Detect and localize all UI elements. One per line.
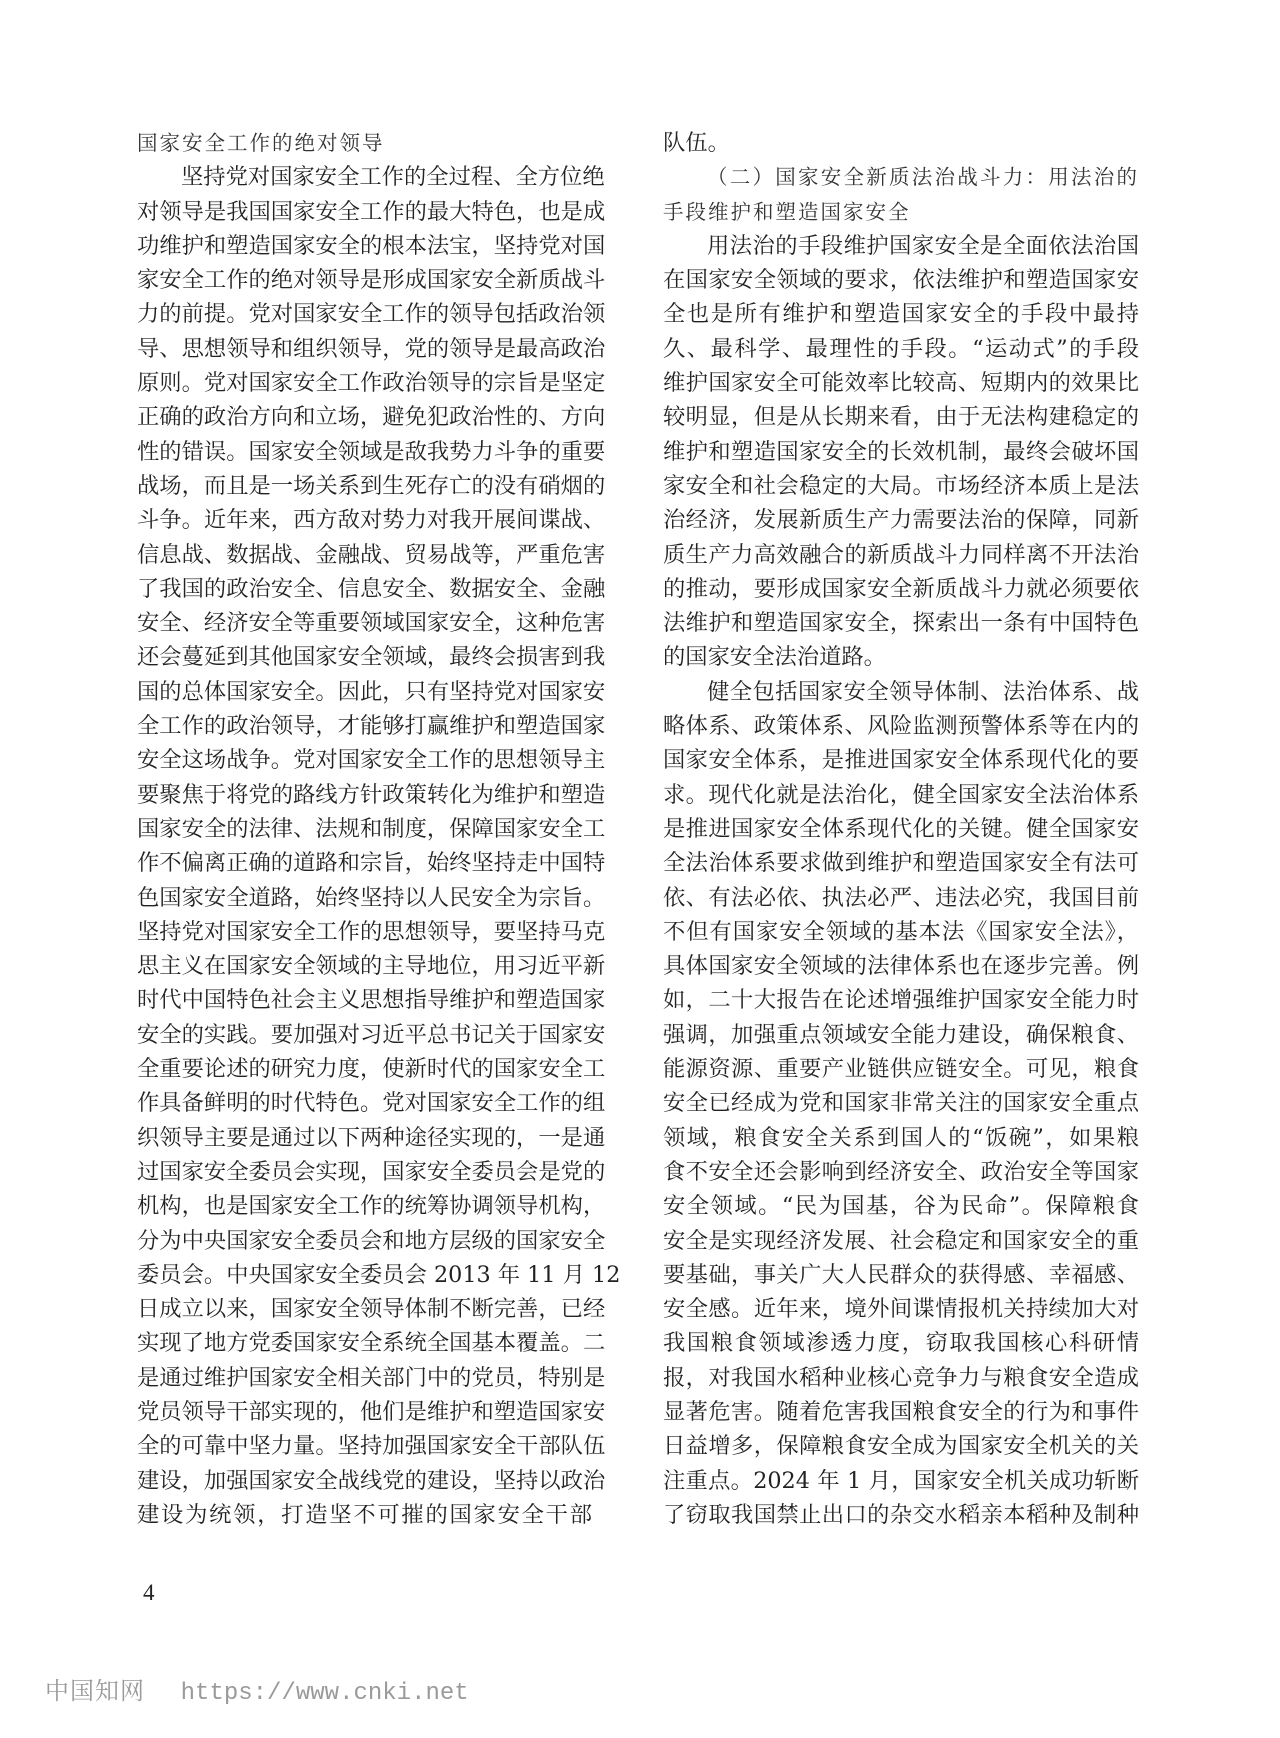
paragraph-line: 正确的政治方向和立场，避免犯政治性的、方向	[137, 400, 592, 434]
paragraph-line: 的推动，要形成国家安全新质战斗力就必须要依	[663, 572, 1139, 606]
section-heading: （二）国家安全新质法治战斗力：用法治的	[663, 160, 1139, 194]
paragraph-line: 国家安全体系，是推进国家安全体系现代化的要	[663, 743, 1139, 777]
paragraph-line: 队伍。	[663, 126, 1139, 160]
paragraph-line: 显著危害。随着危害我国粮食安全的行为和事件	[663, 1395, 1139, 1429]
paragraph-line: 食不安全还会影响到经济安全、政治安全等国家	[663, 1155, 1139, 1189]
paragraph-line: 强调，加强重点领域安全能力建设，确保粮食、	[663, 1018, 1139, 1052]
paragraph-line: 质生产力高效融合的新质战斗力同样离不开法治	[663, 538, 1139, 572]
paragraph-line: 了我国的政治安全、信息安全、数据安全、金融	[137, 572, 592, 606]
paragraph-line: 导、思想领导和组织领导，党的领导是最高政治	[137, 332, 592, 366]
paragraph-line: 对领导是我国国家安全工作的最大特色，也是成	[137, 195, 592, 229]
paragraph-line: 久、最科学、最理性的手段。“运动式”的手段	[663, 332, 1139, 366]
paragraph-line: 力的前提。党对国家安全工作的领导包括政治领	[137, 297, 592, 331]
paragraph-line: 领域，粮食安全关系到国人的“饭碗”，如果粮	[663, 1121, 1139, 1155]
paragraph-line: 要聚焦于将党的路线方针政策转化为维护和塑造	[137, 778, 592, 812]
paragraph-line: 全重要论述的研究力度，使新时代的国家安全工	[137, 1052, 592, 1086]
paragraph-line: 具体国家安全领域的法律体系也在逐步完善。例	[663, 949, 1139, 983]
paragraph-line: 求。现代化就是法治化，健全国家安全法治体系	[663, 778, 1139, 812]
paragraph-line: 维护国家安全可能效率比较高、短期内的效果比	[663, 366, 1139, 400]
paragraph-line: 不但有国家安全领域的基本法《国家安全法》，	[663, 915, 1139, 949]
paragraph-line: 日益增多，保障粮食安全成为国家安全机关的关	[663, 1429, 1139, 1463]
paragraph-line: 要基础，事关广大人民群众的获得感、幸福感、	[663, 1258, 1139, 1292]
paragraph-line: 斗争。近年来，西方敌对势力对我开展间谍战、	[137, 503, 592, 537]
paragraph-line: 是推进国家安全体系现代化的关键。健全国家安	[663, 812, 1139, 846]
paragraph-line: 法维护和塑造国家安全，探索出一条有中国特色	[663, 606, 1139, 640]
paragraph-line: 报，对我国水稻种业核心竞争力与粮食安全造成	[663, 1361, 1139, 1395]
cnki-watermark: 中国知网 https://www.cnki.net	[45, 1671, 469, 1707]
paragraph-line: 建设为统领，打造坚不可摧的国家安全干部	[137, 1498, 592, 1532]
section-heading-continuation: 国家安全工作的绝对领导	[137, 126, 592, 160]
paragraph-line: 党员领导干部实现的，他们是维护和塑造国家安	[137, 1395, 592, 1429]
paragraph-line: 全的可靠中坚力量。坚持加强国家安全干部队伍	[137, 1429, 592, 1463]
paragraph-line: 委员会。中央国家安全委员会 2013 年 11 月 12	[137, 1258, 592, 1292]
paragraph-line: 家安全工作的绝对领导是形成国家安全新质战斗	[137, 263, 592, 297]
watermark-url: https://www.cnki.net	[181, 1680, 469, 1707]
paragraph-line: 全法治体系要求做到维护和塑造国家安全有法可	[663, 846, 1139, 880]
paragraph-line: 是通过维护国家安全相关部门中的党员，特别是	[137, 1361, 592, 1395]
paragraph-line: 安全、经济安全等重要领域国家安全，这种危害	[137, 606, 592, 640]
paragraph-line: 安全是实现经济发展、社会稳定和国家安全的重	[663, 1224, 1139, 1258]
paragraph-line: 作不偏离正确的道路和宗旨，始终坚持走中国特	[137, 846, 592, 880]
paragraph-line: 时代中国特色社会主义思想指导维护和塑造国家	[137, 983, 592, 1017]
paragraph-line: 如，二十大报告在论述增强维护国家安全能力时	[663, 983, 1139, 1017]
paragraph-line: 全也是所有维护和塑造国家安全的手段中最持	[663, 297, 1139, 331]
paragraph-line: 安全的实践。要加强对习近平总书记关于国家安	[137, 1018, 592, 1052]
paragraph-line: 坚持党对国家安全工作的全过程、全方位绝	[137, 160, 592, 194]
paragraph-line: 国家安全的法律、法规和制度，保障国家安全工	[137, 812, 592, 846]
paragraph-line: 建设，加强国家安全战线党的建设，坚持以政治	[137, 1464, 592, 1498]
paragraph-line: 注重点。2024 年 1 月，国家安全机关成功斩断	[663, 1464, 1139, 1498]
paragraph-line: 坚持党对国家安全工作的思想领导，要坚持马克	[137, 915, 592, 949]
paragraph-line: 家安全和社会稳定的大局。市场经济本质上是法	[663, 469, 1139, 503]
paragraph-line: 略体系、政策体系、风险监测预警体系等在内的	[663, 709, 1139, 743]
paragraph-line: 全工作的政治领导，才能够打赢维护和塑造国家	[137, 709, 592, 743]
paragraph-line: 日成立以来，国家安全领导体制不断完善，已经	[137, 1292, 592, 1326]
paragraph-line: 还会蔓延到其他国家安全领域，最终会损害到我	[137, 640, 592, 674]
paragraph-line: 用法治的手段维护国家安全是全面依法治国	[663, 229, 1139, 263]
page-number: 4	[143, 1580, 155, 1606]
section-heading: 手段维护和塑造国家安全	[663, 195, 1139, 229]
paragraph-line: 织领导主要是通过以下两种途径实现的，一是通	[137, 1121, 592, 1155]
paragraph-line: 安全这场战争。党对国家安全工作的思想领导主	[137, 743, 592, 777]
paragraph-line: 原则。党对国家安全工作政治领导的宗旨是坚定	[137, 366, 592, 400]
paragraph-line: 实现了地方党委国家安全系统全国基本覆盖。二	[137, 1326, 592, 1360]
watermark-site-name: 中国知网	[45, 1677, 145, 1705]
paragraph-line: 机构，也是国家安全工作的统筹协调领导机构，	[137, 1189, 592, 1223]
paragraph-line: 分为中央国家安全委员会和地方层级的国家安全	[137, 1224, 592, 1258]
paragraph-line: 过国家安全委员会实现，国家安全委员会是党的	[137, 1155, 592, 1189]
paragraph-line: 了窃取我国禁止出口的杂交水稻亲本稻种及制种	[663, 1498, 1139, 1532]
paragraph-line: 战场，而且是一场关系到生死存亡的没有硝烟的	[137, 469, 592, 503]
paragraph-line: 国的总体国家安全。因此，只有坚持党对国家安	[137, 675, 592, 709]
paragraph-line: 治经济，发展新质生产力需要法治的保障，同新	[663, 503, 1139, 537]
paragraph-line: 性的错误。国家安全领域是敌我势力斗争的重要	[137, 435, 592, 469]
paragraph-line: 的国家安全法治道路。	[663, 640, 1139, 674]
paragraph-line: 在国家安全领域的要求，依法维护和塑造国家安	[663, 263, 1139, 297]
paragraph-line: 健全包括国家安全领导体制、法治体系、战	[663, 675, 1139, 709]
left-column: 国家安全工作的绝对领导 坚持党对国家安全工作的全过程、全方位绝 对领导是我国国家…	[137, 126, 592, 1532]
paragraph-line: 较明显，但是从长期来看，由于无法构建稳定的	[663, 400, 1139, 434]
paragraph-line: 色国家安全道路，始终坚持以人民安全为宗旨。	[137, 881, 592, 915]
paragraph-line: 思主义在国家安全领域的主导地位，用习近平新	[137, 949, 592, 983]
paragraph-line: 依、有法必依、执法必严、违法必究，我国目前	[663, 881, 1139, 915]
paragraph-line: 安全已经成为党和国家非常关注的国家安全重点	[663, 1086, 1139, 1120]
paragraph-line: 能源资源、重要产业链供应链安全。可见，粮食	[663, 1052, 1139, 1086]
paragraph-line: 维护和塑造国家安全的长效机制，最终会破坏国	[663, 435, 1139, 469]
paragraph-line: 作具备鲜明的时代特色。党对国家安全工作的组	[137, 1086, 592, 1120]
right-column: 队伍。 （二）国家安全新质法治战斗力：用法治的 手段维护和塑造国家安全 用法治的…	[663, 126, 1139, 1532]
paragraph-line: 我国粮食领域渗透力度，窃取我国核心科研情	[663, 1326, 1139, 1360]
paragraph-line: 安全领域。“民为国基，谷为民命”。保障粮食	[663, 1189, 1139, 1223]
paragraph-line: 功维护和塑造国家安全的根本法宝，坚持党对国	[137, 229, 592, 263]
paragraph-line: 信息战、数据战、金融战、贸易战等，严重危害	[137, 538, 592, 572]
paragraph-line: 安全感。近年来，境外间谍情报机关持续加大对	[663, 1292, 1139, 1326]
